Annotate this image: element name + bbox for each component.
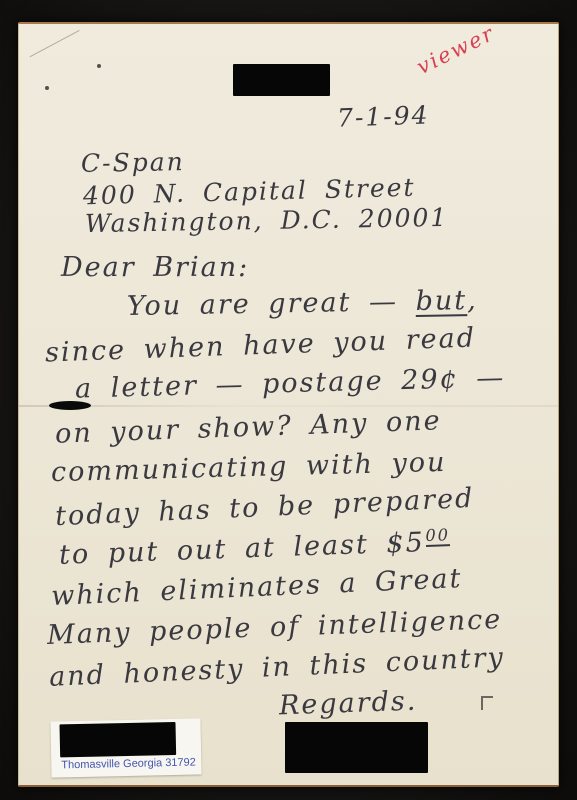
salutation: Dear Brian: <box>61 252 249 283</box>
body-line: communicating with you <box>51 447 447 488</box>
scanned-letter-photo: { "letter": { "date": "7-1-94", "recipie… <box>0 0 577 800</box>
body-line: a letter — postage 29¢ — <box>75 362 506 404</box>
opening-text: You are great — <box>127 286 416 322</box>
underlined-word: but <box>415 285 467 317</box>
viewer-annotation: viewer <box>413 21 499 79</box>
body-line-opening: You are great — but, <box>127 285 478 322</box>
ink-smudge <box>49 401 91 410</box>
address-label-sticker: Thomasville Georgia 31792 <box>50 718 201 777</box>
body-line: today has to be prepared <box>55 483 475 532</box>
redaction-box-signature <box>285 722 428 773</box>
body-line-amount: to put out at least $500 <box>59 525 451 571</box>
amount-cents: 00 <box>425 525 450 547</box>
opening-comma: , <box>467 285 478 316</box>
recipient-line: Washington, D.C. 20001 <box>85 203 449 238</box>
staple-mark <box>43 44 103 94</box>
body-line: Many people of intelligence <box>47 604 503 651</box>
redaction-box-top <box>233 64 330 96</box>
body-line: which eliminates a Great <box>51 563 464 612</box>
body-line: since when have you read <box>45 322 477 368</box>
letter-date: 7-1-94 <box>337 100 430 132</box>
letter-paper: viewer 7-1-94 C-Span 400 N. Capital Stre… <box>18 22 559 787</box>
body-line: on your show? Any one <box>55 405 442 449</box>
pencil-mark <box>481 696 493 710</box>
fold-crease <box>19 405 558 407</box>
closing: Regards. <box>279 686 418 722</box>
redaction-box-label <box>59 722 176 757</box>
amount-line-text: to put out at least <box>59 529 370 571</box>
recipient-line: C-Span <box>81 147 185 178</box>
address-label-text: Thomasville Georgia 31792 <box>61 757 196 772</box>
body-line: and honesty in this country <box>49 642 506 693</box>
amount-dollars: $5 <box>386 527 425 559</box>
